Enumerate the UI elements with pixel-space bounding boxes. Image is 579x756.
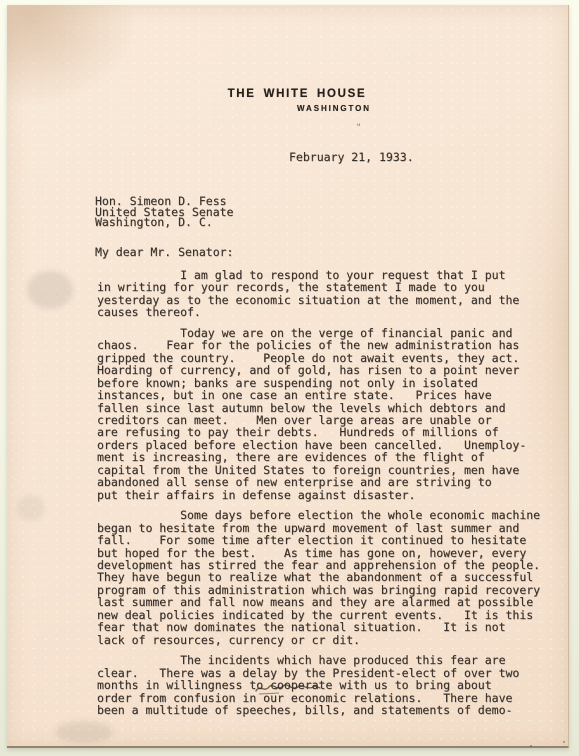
letter-page: THE WHITE HOUSE WASHINGTON " February 21…: [7, 5, 569, 748]
ink-speck: [563, 741, 565, 743]
handwritten-insertion-squiggle: [253, 681, 323, 696]
letter-date: February 21, 1933.: [289, 150, 414, 164]
recipient-city: Washington, D. C.: [95, 217, 233, 228]
paragraph-1: I am glad to respond to your request tha…: [97, 269, 547, 319]
letter-body: I am glad to respond to your request tha…: [97, 269, 547, 724]
scanned-letter-background: THE WHITE HOUSE WASHINGTON " February 21…: [0, 0, 579, 756]
ink-speck: [530, 745, 532, 747]
smudge: [17, 495, 45, 521]
insertion-caret: ^: [275, 686, 281, 697]
letterhead-subtitle: WASHINGTON: [297, 104, 371, 113]
paragraph-2: Today we are on the verge of financial p…: [97, 327, 547, 501]
salutation: My dear Mr. Senator:: [95, 245, 233, 259]
letterhead-title: THE WHITE HOUSE: [228, 88, 367, 100]
smudge: [27, 271, 73, 309]
ditto-mark: ": [356, 123, 362, 133]
recipient-address-block: Hon. Simeon D. Fess United States Senate…: [95, 196, 233, 228]
paragraph-3: Some days before election the whole econ…: [97, 509, 547, 646]
